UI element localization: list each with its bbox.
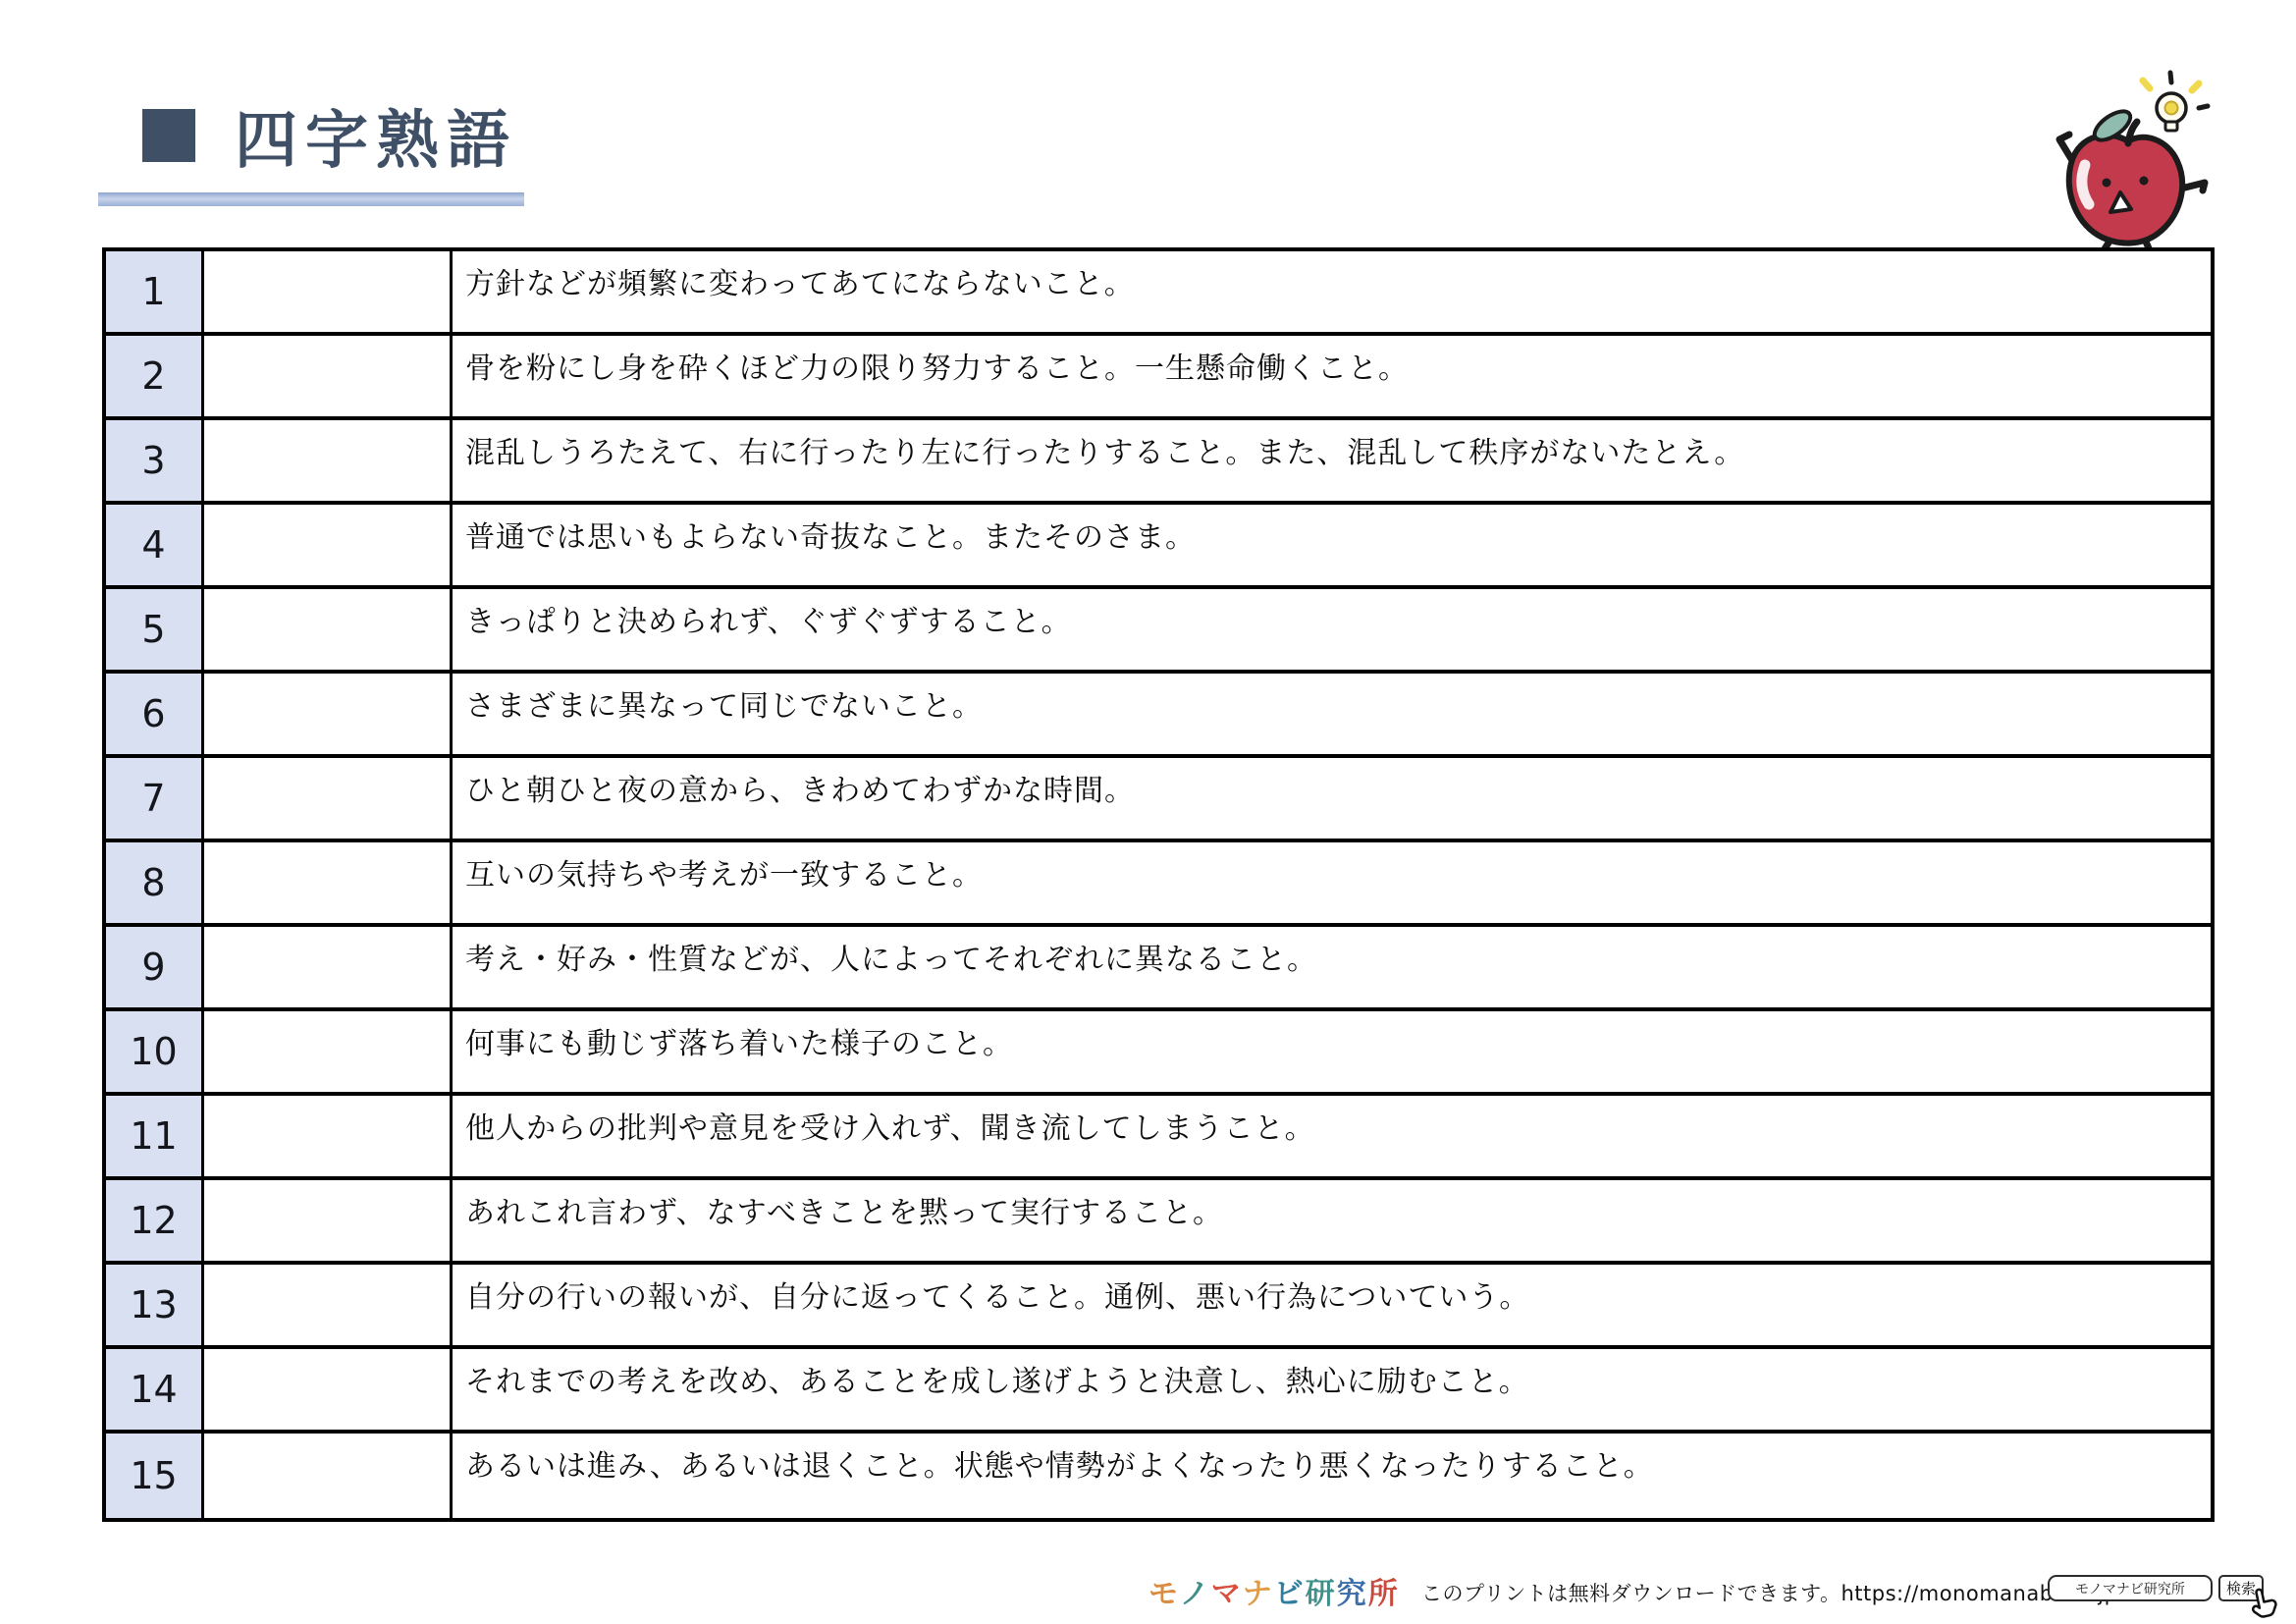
description-cell: 骨を粉にし身を砕くほど力の限り努力すること。一生懸命働くこと。: [453, 336, 2211, 416]
row-number-cell: 2: [106, 336, 204, 416]
description-text: 普通では思いもよらない奇抜なこと。またそのさま。: [465, 520, 1196, 555]
description-text: きっぱりと決められず、ぐずぐずすること。: [465, 605, 1072, 639]
description-cell: きっぱりと決められず、ぐずぐずすること。: [453, 589, 2211, 670]
row-number-cell: 5: [106, 589, 204, 670]
footer-logo-letter: 研: [1306, 1577, 1337, 1611]
row-number-cell: 11: [106, 1096, 204, 1176]
hand-cursor-icon: [2242, 1581, 2286, 1624]
table-row: 14 それまでの考えを改め、あることを成し遂げようと決意し、熱心に励むこと。: [106, 1349, 2211, 1434]
description-text: ひと朝ひと夜の意から、きわめてわずかな時間。: [465, 774, 1135, 808]
table-row: 2 骨を粉にし身を砕くほど力の限り努力すること。一生懸命働くこと。: [106, 336, 2211, 420]
title-square-icon: [142, 109, 195, 162]
row-number: 12: [130, 1199, 177, 1242]
description-cell: あれこれ言わず、なすべきことを黙って実行すること。: [453, 1180, 2211, 1261]
row-number: 14: [130, 1368, 177, 1411]
row-number-cell: 9: [106, 927, 204, 1007]
answer-cell[interactable]: [204, 842, 453, 923]
table-row: 1 方針などが頻繁に変わってあてにならないこと。: [106, 251, 2211, 336]
page-header: 四字熟語: [142, 90, 517, 181]
row-number: 4: [141, 523, 165, 567]
description-cell: 互いの気持ちや考えが一致すること。: [453, 842, 2211, 923]
description-cell: あるいは進み、あるいは退くこと。状態や情勢がよくなったり悪くなったりすること。: [453, 1434, 2211, 1518]
table-row: 6 さまざまに異なって同じでないこと。: [106, 674, 2211, 758]
table-row: 12 あれこれ言わず、なすべきことを黙って実行すること。: [106, 1180, 2211, 1265]
answer-cell[interactable]: [204, 927, 453, 1007]
description-text: 考え・好み・性質などが、人によってそれぞれに異なること。: [465, 943, 1317, 977]
answer-cell[interactable]: [204, 1434, 453, 1518]
answer-cell[interactable]: [204, 1011, 453, 1092]
row-number-cell: 14: [106, 1349, 204, 1430]
row-number: 2: [141, 354, 165, 398]
table-row: 5 きっぱりと決められず、ぐずぐずすること。: [106, 589, 2211, 674]
footer-note: このプリントは無料ダウンロードできます。https://monomanabi.c…: [1421, 1578, 2117, 1607]
description-text: 混乱しうろたえて、右に行ったり左に行ったりすること。また、混乱して秩序がないたと…: [465, 436, 1744, 470]
description-text: 方針などが頻繁に変わってあてにならないこと。: [465, 267, 1135, 301]
row-number: 3: [141, 439, 165, 482]
answer-cell[interactable]: [204, 420, 453, 501]
apple-mascot-icon: [2052, 61, 2218, 257]
answer-cell[interactable]: [204, 505, 453, 585]
search-input-mockup[interactable]: モノマナビ研究所: [2048, 1575, 2213, 1601]
description-text: 骨を粉にし身を砕くほど力の限り努力すること。一生懸命働くこと。: [465, 352, 1409, 386]
description-cell: 方針などが頻繁に変わってあてにならないこと。: [453, 251, 2211, 332]
description-cell: 混乱しうろたえて、右に行ったり左に行ったりすること。また、混乱して秩序がないたと…: [453, 420, 2211, 501]
footer-logo-letter: モ: [1148, 1577, 1180, 1611]
footer-logo-letter: ノ: [1180, 1577, 1211, 1611]
description-cell: 他人からの批判や意見を受け入れず、聞き流してしまうこと。: [453, 1096, 2211, 1176]
description-text: あるいは進み、あるいは退くこと。状態や情勢がよくなったり悪くなったりすること。: [465, 1449, 1654, 1484]
footer-logo: モノマナビ研究所: [1148, 1569, 1400, 1612]
table-row: 13 自分の行いの報いが、自分に返ってくること。通例、悪い行為についていう。: [106, 1265, 2211, 1349]
description-cell: さまざまに異なって同じでないこと。: [453, 674, 2211, 754]
footer-logo-letter: 所: [1368, 1577, 1400, 1611]
row-number-cell: 10: [106, 1011, 204, 1092]
row-number-cell: 3: [106, 420, 204, 501]
row-number: 7: [141, 777, 165, 820]
description-text: さまざまに異なって同じでないこと。: [465, 689, 983, 724]
description-cell: それまでの考えを改め、あることを成し遂げようと決意し、熱心に励むこと。: [453, 1349, 2211, 1430]
row-number-cell: 6: [106, 674, 204, 754]
idiom-table-body: 1 方針などが頻繁に変わってあてにならないこと。 2 骨を粉にし身を砕くほど力の…: [106, 251, 2211, 1518]
footer-logo-letter: マ: [1211, 1577, 1243, 1611]
row-number-cell: 1: [106, 251, 204, 332]
idiom-table: 1 方針などが頻繁に変わってあてにならないこと。 2 骨を粉にし身を砕くほど力の…: [102, 247, 2215, 1522]
row-number: 6: [141, 692, 165, 735]
answer-cell[interactable]: [204, 1180, 453, 1261]
row-number: 13: [130, 1283, 177, 1326]
table-row: 8 互いの気持ちや考えが一致すること。: [106, 842, 2211, 927]
worksheet-page: 四字熟語: [0, 0, 2296, 1624]
row-number-cell: 8: [106, 842, 204, 923]
table-row: 11 他人からの批判や意見を受け入れず、聞き流してしまうこと。: [106, 1096, 2211, 1180]
footer-logo-letter: ナ: [1243, 1577, 1274, 1611]
table-row: 4 普通では思いもよらない奇抜なこと。またそのさま。: [106, 505, 2211, 589]
row-number: 5: [141, 608, 165, 651]
answer-cell[interactable]: [204, 1349, 453, 1430]
answer-cell[interactable]: [204, 1096, 453, 1176]
description-cell: ひと朝ひと夜の意から、きわめてわずかな時間。: [453, 758, 2211, 839]
row-number-cell: 15: [106, 1434, 204, 1518]
row-number-cell: 12: [106, 1180, 204, 1261]
description-text: あれこれ言わず、なすべきことを黙って実行すること。: [465, 1196, 1223, 1230]
table-row: 3 混乱しうろたえて、右に行ったり左に行ったりすること。また、混乱して秩序がない…: [106, 420, 2211, 505]
description-text: 互いの気持ちや考えが一致すること。: [465, 858, 983, 893]
row-number: 1: [141, 270, 165, 313]
row-number: 9: [141, 946, 165, 989]
search-input-text: モノマナビ研究所: [2075, 1579, 2185, 1598]
footer-note-text: このプリントは無料ダウンロードできます。: [1421, 1582, 1841, 1605]
row-number-cell: 13: [106, 1265, 204, 1345]
footer-logo-letter: 究: [1337, 1577, 1368, 1611]
title-underline: [98, 192, 524, 206]
answer-cell[interactable]: [204, 758, 453, 839]
description-text: 他人からの批判や意見を受け入れず、聞き流してしまうこと。: [465, 1111, 1315, 1146]
row-number-cell: 7: [106, 758, 204, 839]
page-title: 四字熟語: [235, 90, 517, 181]
description-text: それまでの考えを改め、あることを成し遂げようと決意し、熱心に励むこと。: [465, 1365, 1529, 1399]
row-number: 10: [130, 1030, 177, 1073]
description-cell: 何事にも動じず落ち着いた様子のこと。: [453, 1011, 2211, 1092]
description-cell: 自分の行いの報いが、自分に返ってくること。通例、悪い行為についていう。: [453, 1265, 2211, 1345]
footer-logo-letter: ビ: [1274, 1577, 1306, 1611]
table-row: 9 考え・好み・性質などが、人によってそれぞれに異なること。: [106, 927, 2211, 1011]
row-number: 8: [141, 861, 165, 904]
answer-cell[interactable]: [204, 1265, 453, 1345]
row-number-cell: 4: [106, 505, 204, 585]
table-row: 7 ひと朝ひと夜の意から、きわめてわずかな時間。: [106, 758, 2211, 842]
answer-cell[interactable]: [204, 251, 453, 332]
description-text: 自分の行いの報いが、自分に返ってくること。通例、悪い行為についていう。: [465, 1280, 1529, 1315]
table-row: 15 あるいは進み、あるいは退くこと。状態や情勢がよくなったり悪くなったりするこ…: [106, 1434, 2211, 1518]
answer-cell[interactable]: [204, 589, 453, 670]
row-number: 15: [130, 1454, 177, 1497]
description-cell: 考え・好み・性質などが、人によってそれぞれに異なること。: [453, 927, 2211, 1007]
description-text: 何事にも動じず落ち着いた様子のこと。: [465, 1027, 1013, 1061]
answer-cell[interactable]: [204, 674, 453, 754]
row-number: 11: [130, 1114, 177, 1158]
description-cell: 普通では思いもよらない奇抜なこと。またそのさま。: [453, 505, 2211, 585]
answer-cell[interactable]: [204, 336, 453, 416]
table-row: 10 何事にも動じず落ち着いた様子のこと。: [106, 1011, 2211, 1096]
